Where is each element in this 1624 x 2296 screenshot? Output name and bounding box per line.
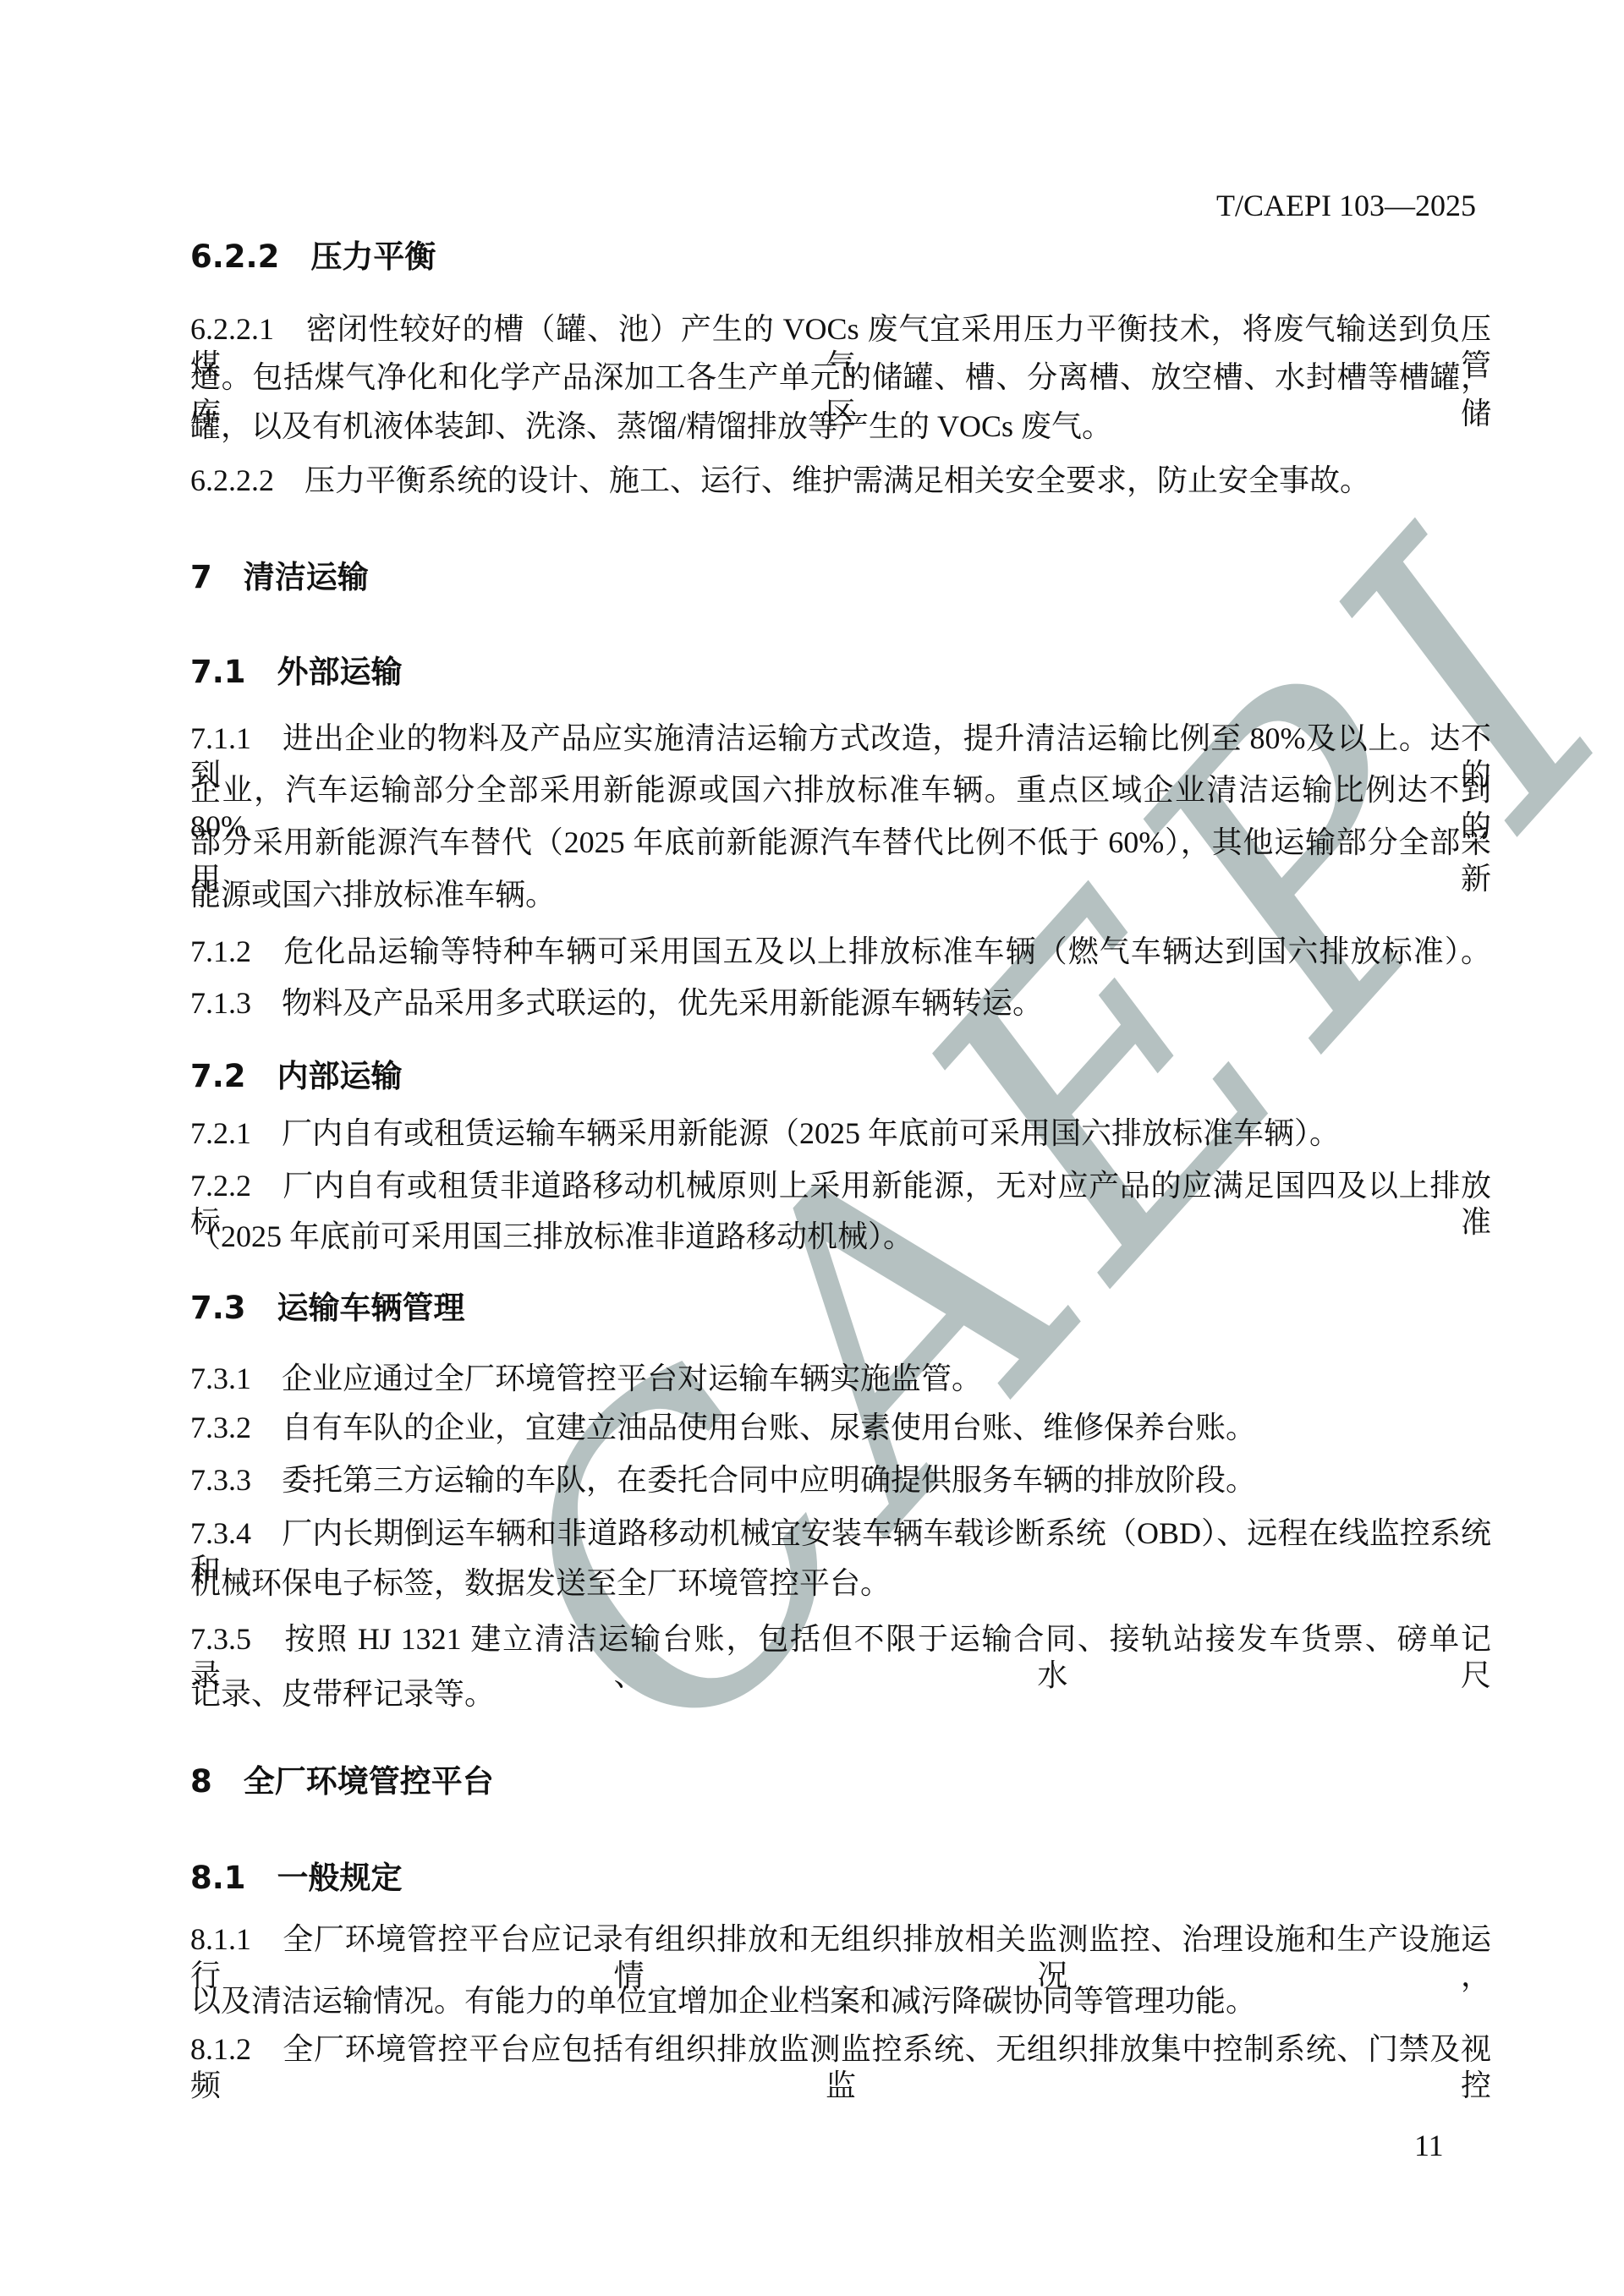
chapter-heading-8: 8 全厂环境管控平台 [190,1763,1491,1800]
heading-7-1: 7.1 外部运输 [190,654,1491,691]
heading-7-2: 7.2 内部运输 [190,1058,1491,1095]
clause-8-1-2-line-1: 8.1.2 全厂环境管控平台应包括有组织排放监测监控系统、无组织排放集中控制系统… [190,2031,1491,2104]
clause-7-3-4-line-2: 机械环保电子标签，数据发送至全厂环境管控平台。 [190,1565,1491,1602]
clause-7-3-3-line-1: 7.3.3 委托第三方运输的车队，在委托合同中应明确提供服务车辆的排放阶段。 [190,1462,1491,1499]
clause-7-3-1-line-1: 7.3.1 企业应通过全厂环境管控平台对运输车辆实施监管。 [190,1361,1491,1397]
heading-6-2-2: 6.2.2 压力平衡 [190,238,1491,276]
clause-6-2-2-2-line-1: 6.2.2.2 压力平衡系统的设计、施工、运行、维护需满足相关安全要求，防止安全… [190,463,1491,499]
chapter-heading-7: 7 清洁运输 [190,559,1491,596]
clause-7-1-1-line-4: 能源或国六排放标准车辆。 [190,877,1491,913]
clause-7-2-1-line-1: 7.2.1 厂内自有或租赁运输车辆采用新能源（2025 年底前可采用国六排放标准… [190,1115,1491,1152]
clause-8-1-1-line-2: 以及清洁运输情况。有能力的单位宜增加企业档案和减污降碳协同等管理功能。 [190,1983,1491,2019]
document-page: CAEPI T/CAEPI 103—2025 6.2.2 压力平衡 6.2.2.… [0,0,1624,2296]
clause-7-3-2-line-1: 7.3.2 自有车队的企业，宜建立油品使用台账、尿素使用台账、维修保养台账。 [190,1410,1491,1446]
heading-7-3: 7.3 运输车辆管理 [190,1290,1491,1327]
clause-7-1-3-line-1: 7.1.3 物料及产品采用多式联运的，优先采用新能源车辆转运。 [190,985,1491,1022]
clause-7-1-2-line-1: 7.1.2 危化品运输等特种车辆可采用国五及以上排放标准车辆（燃气车辆达到国六排… [190,934,1491,970]
document-content: 6.2.2 压力平衡 6.2.2.1 密闭性较好的槽（罐、池）产生的 VOCs … [190,0,1491,2296]
clause-7-2-2-line-2: （2025 年底前可采用国三排放标准非道路移动机械）。 [190,1219,1491,1255]
heading-8-1: 8.1 一般规定 [190,1860,1491,1897]
clause-7-3-5-line-2: 记录、皮带秤记录等。 [190,1676,1491,1712]
clause-6-2-2-1-line-3: 罐，以及有机液体装卸、洗涤、蒸馏/精馏排放等产生的 VOCs 废气。 [190,408,1491,445]
page-number: 11 [1414,2128,1444,2163]
